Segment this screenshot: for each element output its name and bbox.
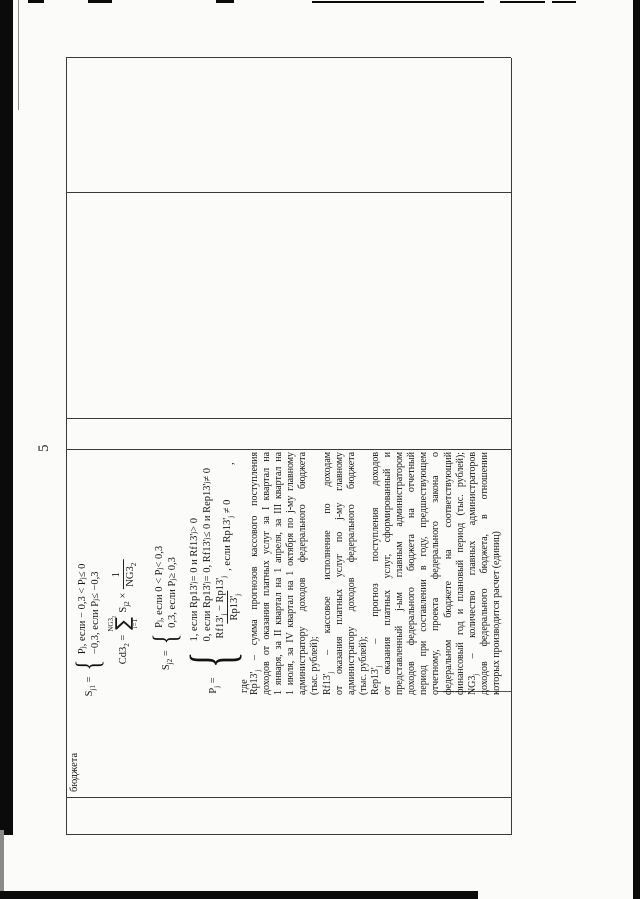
formula-pj: Pj = { 1, если Rp13'j = 0 и Rf13'j > 0 0… — [186, 462, 242, 693]
definitions-paragraph: Rp13'j – сумма прогнозов кассового посту… — [249, 452, 503, 695]
formula-case: Pj, если 0 < Pj < 0,3 — [153, 546, 166, 628]
formula-lhs: Sj2 = — [161, 650, 172, 670]
definition-line: NG3j – количество главных администраторо… — [467, 452, 479, 695]
table-border-right — [66, 57, 511, 58]
definition-line: которых производится расчет (единиц) — [491, 452, 503, 695]
page-number: 5 — [36, 445, 53, 453]
fraction: Rf13'j − Rp13'j Rp13'j — [215, 573, 240, 642]
sigma-glyph: ∑ — [115, 617, 132, 630]
definition-line: отчетному, проекта федерального закона о — [430, 452, 442, 695]
formula-condition: , если Rp13'j ≠ 0 — [221, 500, 234, 571]
formula-lhs: Sj1 = — [84, 676, 95, 696]
definition-line: 1 января, за II квартал на 1 апреля, за … — [273, 452, 285, 695]
definition-line: федеральном бюджете на соответствующий — [443, 452, 455, 695]
scan-edge-tick — [552, 1, 576, 3]
table-border-left — [66, 834, 511, 835]
definition-line: представленный j-ым главным администрато… — [394, 452, 406, 695]
formula-case: Pj, если − 0,3 < Pj ≤ 0 — [76, 564, 89, 654]
formula-lhs: Pj = — [208, 677, 219, 693]
definition-line: финансовый год и плановый период (тыс. р… — [455, 452, 467, 695]
scan-edge-bar-bottom — [0, 891, 478, 899]
formula-case: 1, если Rp13'j = 0 и Rf13'j > 0 — [188, 468, 201, 642]
formula-case: −0,3, если Pj ≤ −0,3 — [89, 564, 102, 654]
brace-glyph: { — [74, 660, 105, 671]
definition-line: период при составлении в году, предшеств… — [418, 452, 430, 695]
formula-lhs: Cd32 = — [118, 635, 129, 665]
scan-edge-tick — [88, 0, 112, 3]
definition-line: от оказания платных услуг, сформированны… — [382, 452, 394, 695]
scan-edge-tick — [216, 0, 234, 3]
brace-glyph: { — [186, 651, 242, 667]
definition-line: Rf13'j – кассовое исполнение по доходам — [322, 452, 334, 695]
fraction-denominator: Rp13'j — [227, 591, 240, 624]
scan-edge-bar-left — [0, 0, 13, 835]
formula-case: Rf13'j − Rp13'j Rp13'j , если Rp13'j ≠ 0 — [214, 468, 240, 642]
definition-line: администратору доходов федерального бюдж… — [297, 452, 309, 695]
scan-edge-tick — [312, 1, 484, 3]
definition-line: 1 июля, за IV квартал на 1 октября по j-… — [285, 452, 297, 695]
formula-case: 0,3, если Pj ≥ 0,3 — [166, 546, 179, 628]
sum-lower-limit: i=1 — [132, 619, 139, 628]
scan-page-edge-shadow — [18, 0, 19, 110]
definition-line: (тыс. рублей); — [358, 452, 370, 695]
table-cell-formulas: бюджета Sj1 = { Pj, если − 0,3 < Pj ≤ 0 … — [66, 450, 511, 798]
definition-line: доходов федерального бюджета, в отношени… — [479, 452, 491, 695]
scan-edge-bar-right — [633, 0, 640, 899]
brace-glyph: { — [151, 634, 182, 645]
table-column-line-3 — [66, 418, 511, 419]
formula-cd32: Cd32 = NG32 ∑ i=1 Sj2 × 1 NG32 — [108, 560, 139, 665]
definition-line: доходов федерального бюджета на отчетный — [406, 452, 418, 695]
continuation-word: бюджета — [69, 753, 80, 792]
formula-comma: , — [225, 462, 242, 465]
fraction-denominator: NG32 — [123, 560, 136, 590]
summation-symbol: NG32 ∑ i=1 — [108, 616, 139, 632]
table-row-separator — [511, 58, 512, 835]
fraction-numerator: 1 — [111, 569, 123, 580]
formula-sj1: Sj1 = { Pj, если − 0,3 < Pj ≤ 0 −0,3, ес… — [74, 564, 105, 697]
definition-line: Rp13'j – сумма прогнозов кассового посту… — [249, 452, 261, 695]
formula-case: 0, если Rp13'j = 0, Rf13'j ≤ 0 и Rep13'j… — [201, 468, 214, 642]
fraction: 1 NG32 — [111, 560, 136, 590]
document-rotated-content: 5 бюджета Sj1 = { Pj, если − 0,3 < Pj ≤ … — [0, 0, 640, 899]
scan-edge-bar-left-tail — [0, 830, 4, 899]
scan-edge-tick — [28, 0, 44, 3]
scan-edge-tick — [500, 1, 545, 3]
definition-line: Rep13'j – прогноз поступления доходов — [370, 452, 382, 695]
definition-line: доходов от оказания платных услуг за I к… — [261, 452, 273, 695]
scanned-page: 5 бюджета Sj1 = { Pj, если − 0,3 < Pj ≤ … — [0, 0, 640, 899]
formula-body: Sj2 × — [118, 593, 129, 613]
definition-line: от оказания платных услуг по j-му главно… — [334, 452, 346, 695]
definition-line: (тыс. рублей); — [309, 452, 321, 695]
formula-sj2: Sj2 = { Pj, если 0 < Pj < 0,3 0,3, если … — [151, 546, 182, 670]
fraction-numerator: Rf13'j − Rp13'j — [215, 573, 227, 642]
table-column-line-4 — [66, 192, 511, 193]
definition-line: администратору доходов федерального бюдж… — [346, 452, 358, 695]
